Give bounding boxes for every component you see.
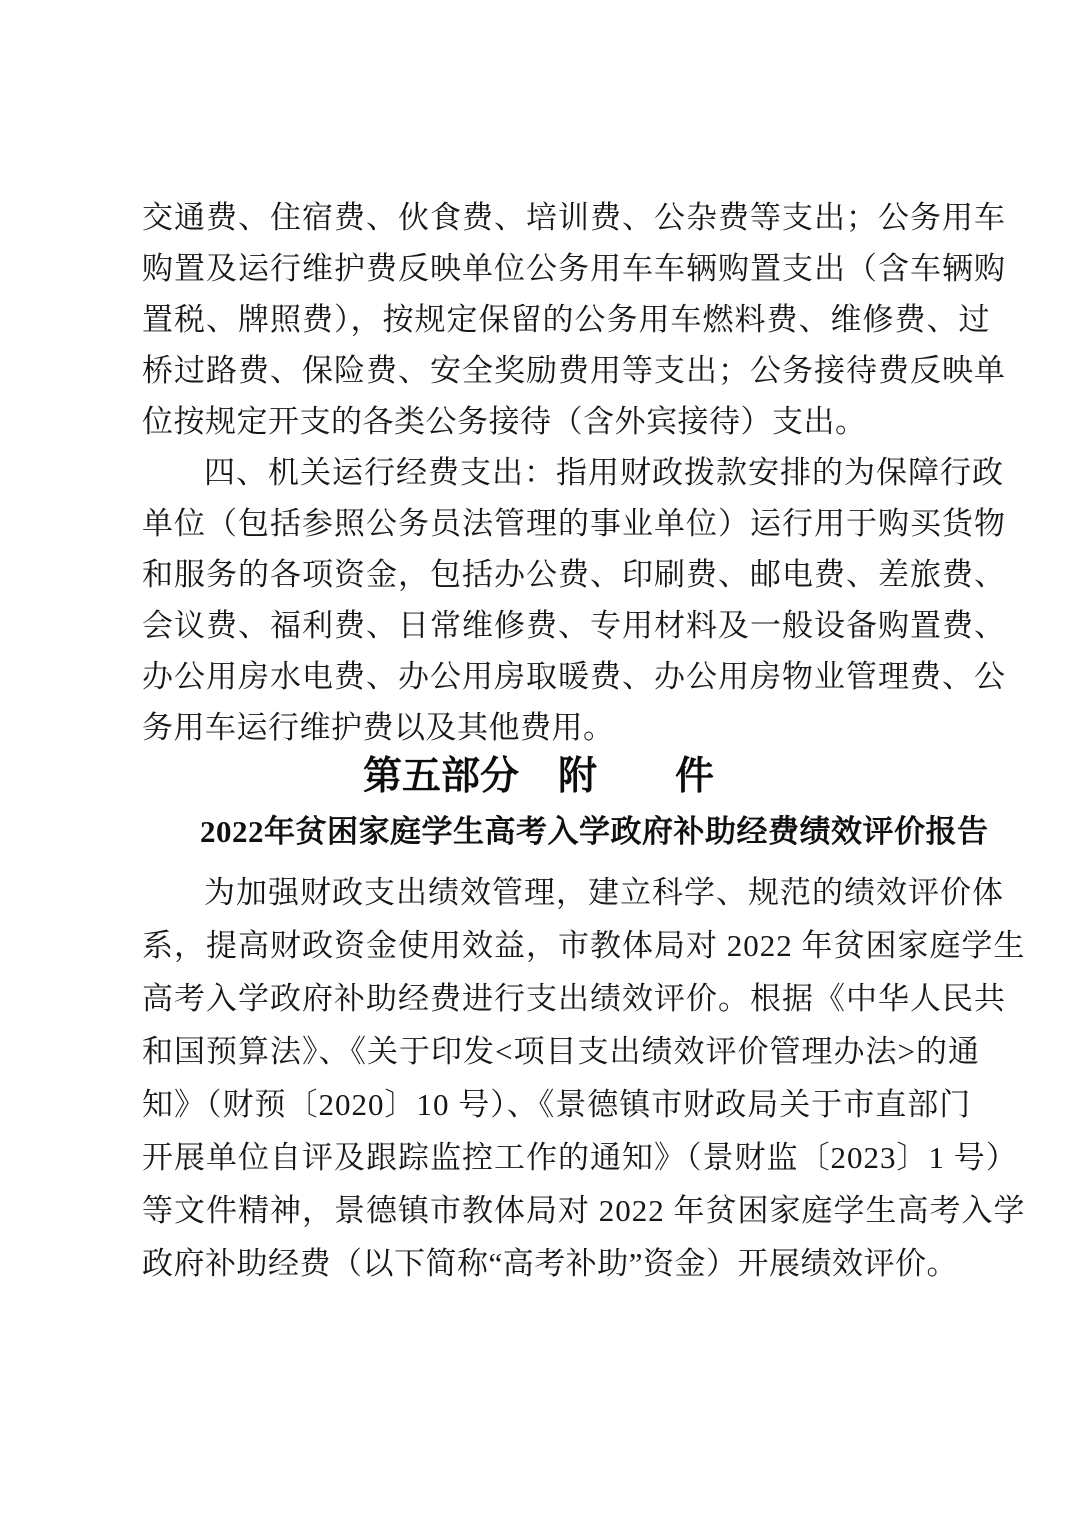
text-line: 桥过路费、保险费、安全奖励费用等支出；公务接待费反映单 [142,345,935,396]
text-line: 和国预算法》、《关于印发<项目支出绩效评价管理办法>的通 [142,1025,935,1078]
text-line: 开展单位自评及跟踪监控工作的通知》（景财监〔2023〕1 号） [142,1131,935,1184]
document-page: 交通费、住宿费、伙食费、培训费、公杂费等支出；公务用车购置及运行维护费反映单位公… [0,0,1074,1520]
paragraph: 四、机关运行经费支出：指用财政拨款安排的为保障行政单位（包括参照公务员法管理的事… [142,447,935,753]
text-line: 单位（包括参照公务员法管理的事业单位）运行用于购买货物 [142,498,935,549]
text-line: 购置及运行维护费反映单位公务用车车辆购置支出（含车辆购 [142,243,935,294]
paragraph: 为加强财政支出绩效管理，建立科学、规范的绩效评价体系，提高财政资金使用效益，市教… [142,866,935,1290]
text-line: 政府补助经费（以下简称“高考补助”资金）开展绩效评价。 [142,1237,935,1290]
paragraph: 交通费、住宿费、伙食费、培训费、公杂费等支出；公务用车购置及运行维护费反映单位公… [142,192,935,447]
text-line: 务用车运行维护费以及其他费用。 [142,702,935,753]
text-line: 知》（财预〔2020〕10 号）、《景德镇市财政局关于市直部门 [142,1078,935,1131]
text-line: 办公用房水电费、办公用房取暖费、办公用房物业管理费、公 [142,651,935,702]
text-line: 交通费、住宿费、伙食费、培训费、公杂费等支出；公务用车 [142,192,935,243]
section-heading: 第五部分 附 件 [142,753,935,805]
text-line: 和服务的各项资金，包括办公费、印刷费、邮电费、差旅费、 [142,549,935,600]
text-line: 等文件精神，景德镇市教体局对 2022 年贫困家庭学生高考入学 [142,1184,935,1237]
text-line: 系，提高财政资金使用效益，市教体局对 2022 年贫困家庭学生 [142,919,935,972]
text-line: 四、机关运行经费支出：指用财政拨款安排的为保障行政 [142,447,935,498]
document-body: 交通费、住宿费、伙食费、培训费、公杂费等支出；公务用车购置及运行维护费反映单位公… [142,192,935,1290]
text-line: 位按规定开支的各类公务接待（含外宾接待）支出。 [142,396,935,447]
text-line: 置税、牌照费），按规定保留的公务用车燃料费、维修费、过 [142,294,935,345]
report-subtitle: 2022年贫困家庭学生高考入学政府补助经费绩效评价报告 [142,805,935,858]
text-line: 会议费、福利费、日常维修费、专用材料及一般设备购置费、 [142,600,935,651]
text-line: 高考入学政府补助经费进行支出绩效评价。根据《中华人民共 [142,972,935,1025]
text-line: 为加强财政支出绩效管理，建立科学、规范的绩效评价体 [142,866,935,919]
